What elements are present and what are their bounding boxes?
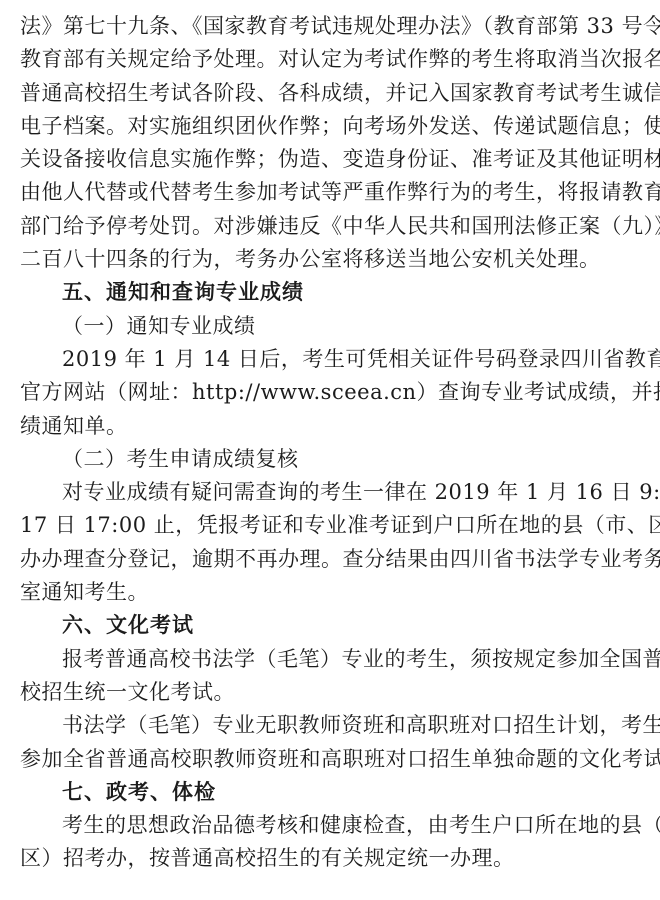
section-heading-6: 六、文化考试: [20, 609, 626, 642]
paragraph-culture-exam-1: 报考普通高校书法学（毛笔）专业的考生，须按规定参加全国普通高 校招生统一文化考试…: [20, 643, 626, 710]
text-line: 普通高校招生考试各阶段、各科成绩，并记入国家教育考试考生诚信考试: [20, 77, 626, 110]
text-line: 电子档案。对实施组织团伙作弊；向考场外发送、传递试题信息；使用相: [20, 110, 626, 143]
section-heading-7: 七、政考、体检: [20, 776, 626, 809]
text-line: 17 日 17:00 止，凭报考证和专业准考证到户口所在地的县（市、区）招考: [20, 509, 626, 542]
text-line: 办办理查分登记，逾期不再办理。查分结果由四川省书法学专业考务办公: [20, 543, 626, 576]
text-line: 法》第七十九条、《国家教育考试违规处理办法》（教育部第 33 号令）和: [20, 10, 626, 43]
text-line: 报考普通高校书法学（毛笔）专业的考生，须按规定参加全国普通高: [20, 643, 626, 676]
text-line: 关设备接收信息实施作弊；伪造、变造身份证、准考证及其他证明材料，: [20, 143, 626, 176]
text-line: 由他人代替或代替考生参加考试等严重作弊行为的考生，将报请教育行政: [20, 176, 626, 209]
text-line: 参加全省普通高校职教师资班和高职班对口招生单独命题的文化考试。: [20, 743, 626, 776]
text-line: 书法学（毛笔）专业无职教师资班和高职班对口招生计划，考生不得: [20, 709, 626, 742]
text-line: 区）招考办，按普通高校招生的有关规定统一办理。: [20, 842, 626, 875]
paragraph-score-review: 对专业成绩有疑问需查询的考生一律在 2019 年 1 月 16 日 9:00 起…: [20, 476, 626, 609]
text-line: 考生的思想政治品德考核和健康检查，由考生户口所在地的县（市、: [20, 809, 626, 842]
text-line: 校招生统一文化考试。: [20, 676, 626, 709]
paragraph-culture-exam-2: 书法学（毛笔）专业无职教师资班和高职班对口招生计划，考生不得 参加全省普通高校职…: [20, 709, 626, 776]
subheading-notify-scores: （一）通知专业成绩: [20, 310, 626, 343]
text-line: 2019 年 1 月 14 日后，考生可凭相关证件号码登录四川省教育考试院: [20, 343, 626, 376]
section-heading-5: 五、通知和查询专业成绩: [20, 276, 626, 309]
text-line: 二百八十四条的行为，考务办公室将移送当地公安机关处理。: [20, 243, 626, 276]
text-line: 部门给予停考处罚。对涉嫌违反《中华人民共和国刑法修正案（九）》第: [20, 210, 626, 243]
paragraph-political-physical: 考生的思想政治品德考核和健康检查，由考生户口所在地的县（市、 区）招考办，按普通…: [20, 809, 626, 876]
paragraph-penalties: 法》第七十九条、《国家教育考试违规处理办法》（教育部第 33 号令）和 教育部有…: [20, 10, 626, 276]
text-line: 绩通知单。: [20, 410, 626, 443]
text-line: 室通知考生。: [20, 576, 626, 609]
text-line: 教育部有关规定给予处理。对认定为考试作弊的考生将取消当次报名参加: [20, 43, 626, 76]
document-page: 法》第七十九条、《国家教育考试违规处理办法》（教育部第 33 号令）和 教育部有…: [20, 10, 626, 876]
text-line: 对专业成绩有疑问需查询的考生一律在 2019 年 1 月 16 日 9:00 起…: [20, 476, 626, 509]
paragraph-score-lookup: 2019 年 1 月 14 日后，考生可凭相关证件号码登录四川省教育考试院 官方…: [20, 343, 626, 443]
subheading-score-review: （二）考生申请成绩复核: [20, 443, 626, 476]
text-line: 官方网站（网址：http://www.sceea.cn）查询专业考试成绩，并打印…: [20, 376, 626, 409]
